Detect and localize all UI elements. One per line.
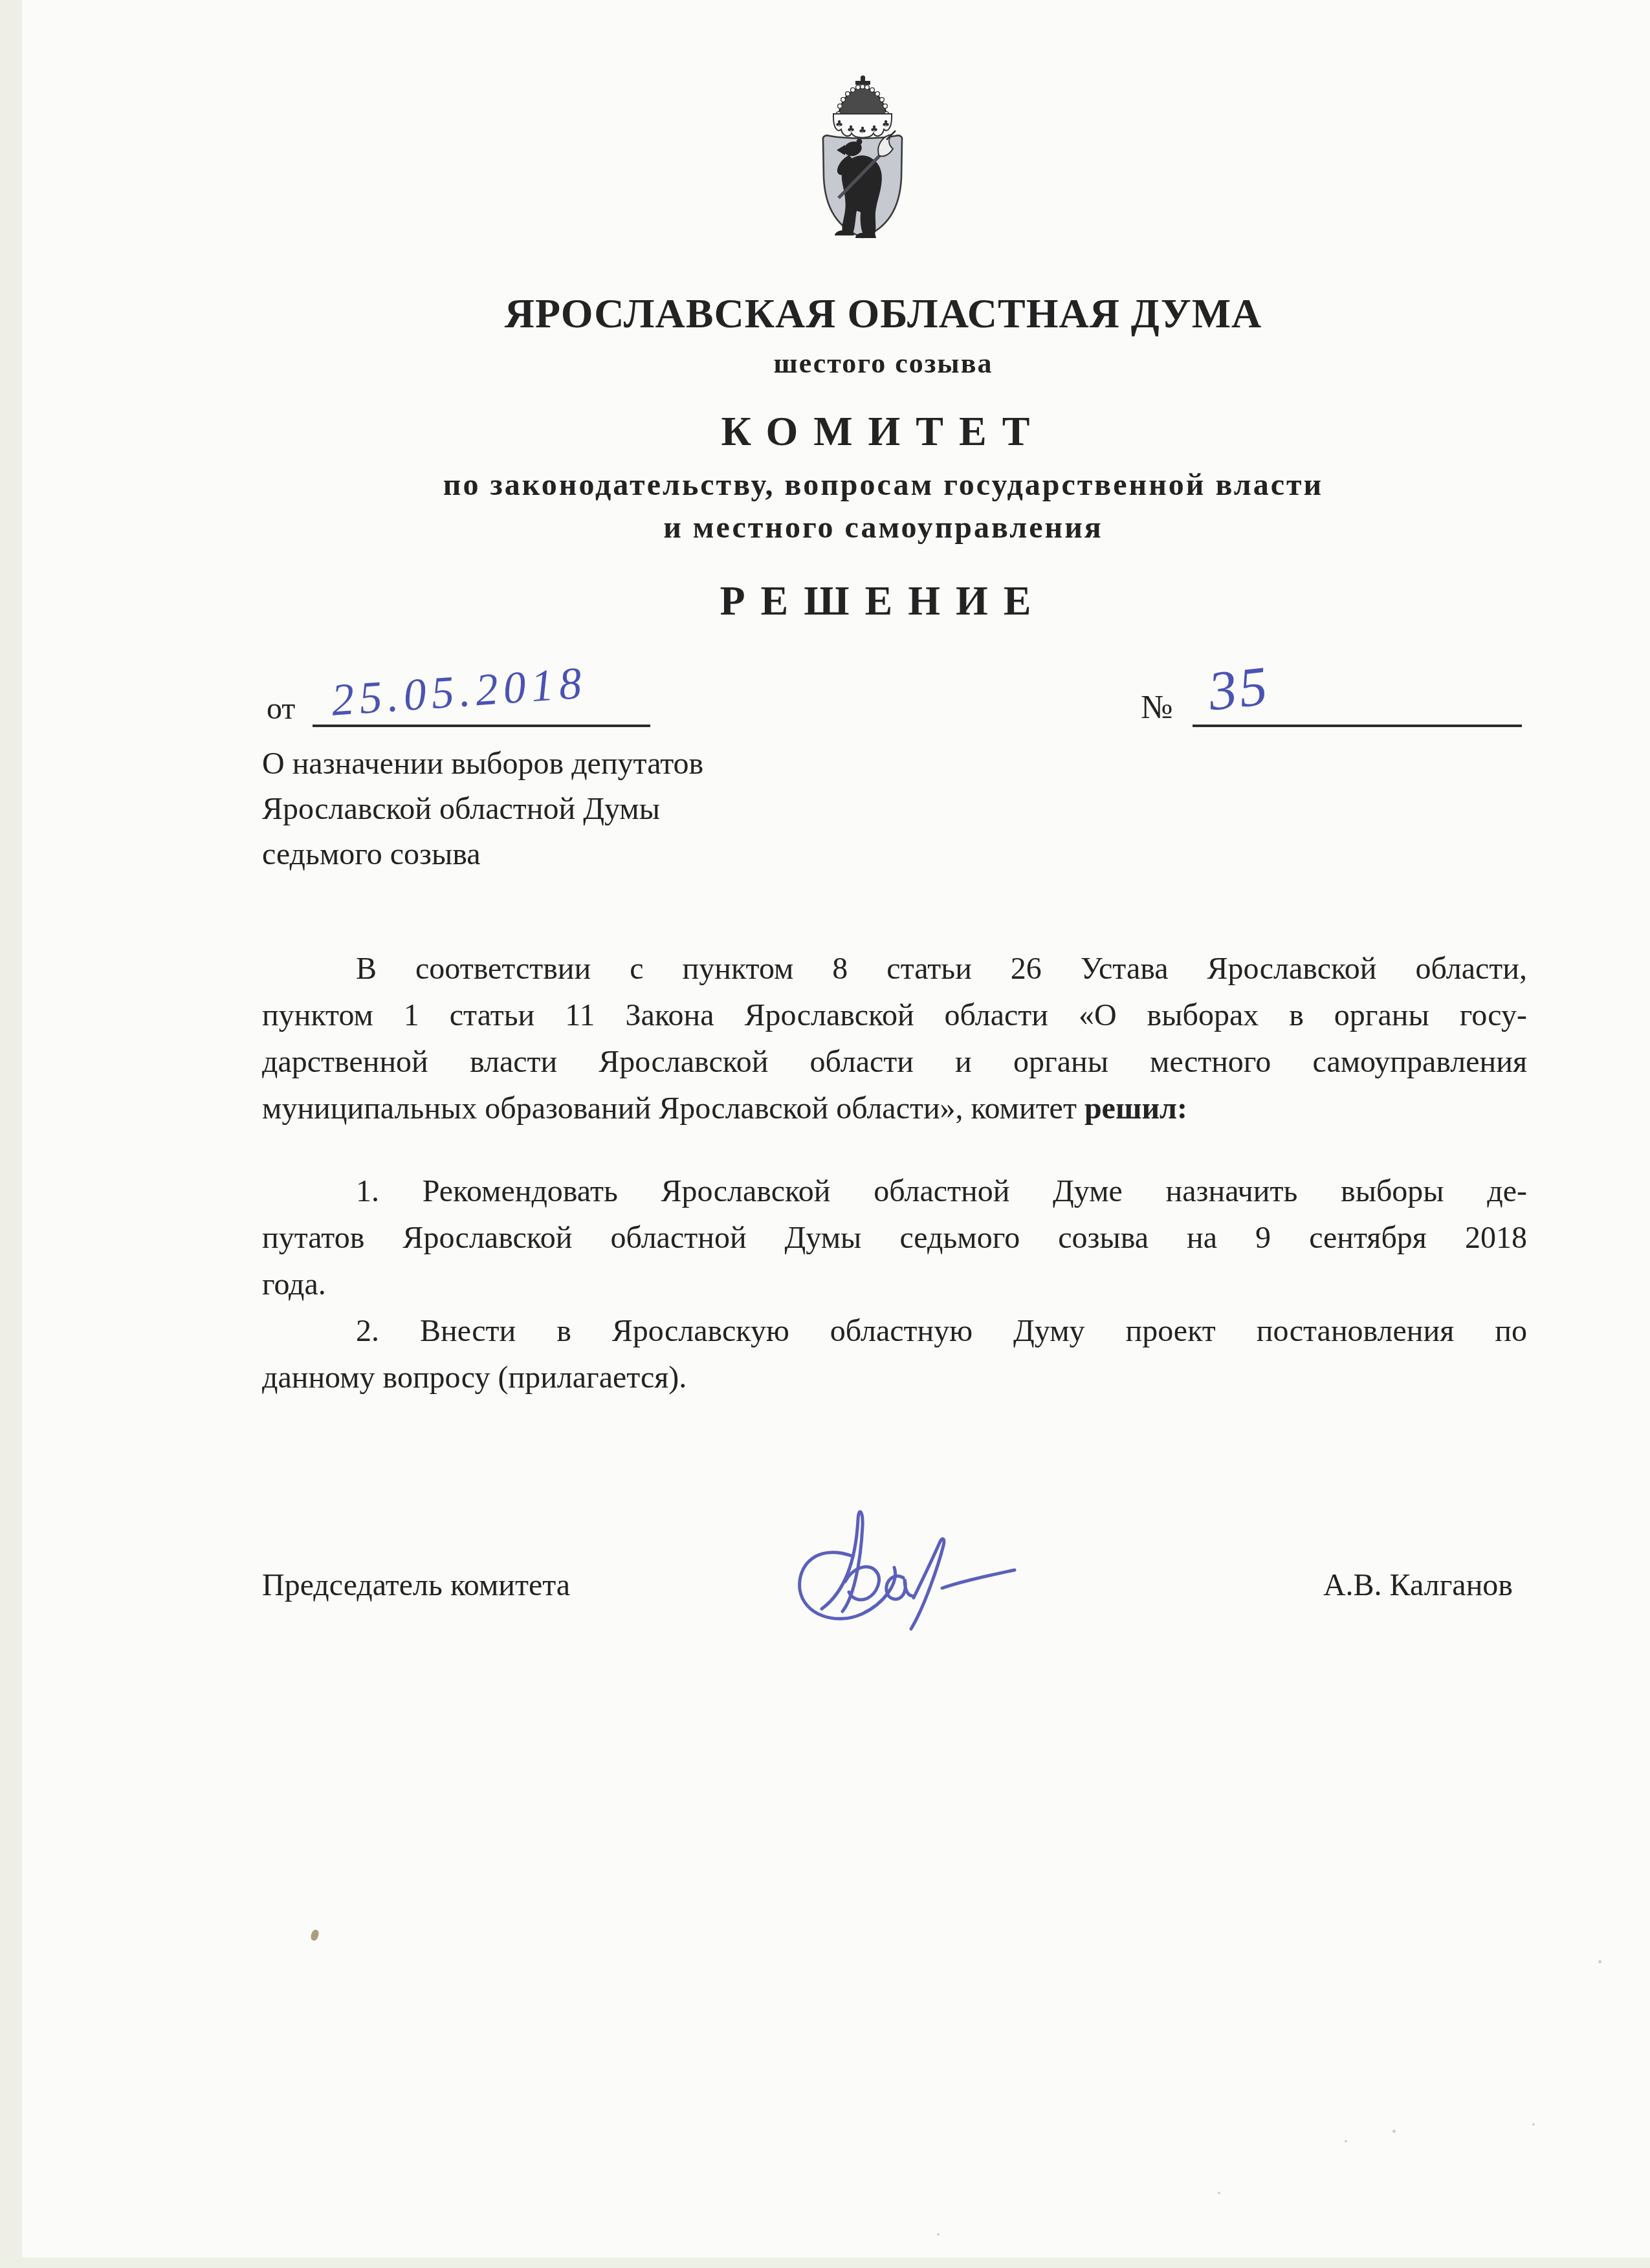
svg-text:♣: ♣ [870, 124, 879, 135]
body-line: 2. Внести в Ярославскую областную Думу п… [262, 1308, 1527, 1355]
crown-icon: ♣♣♣ ♣♣ [833, 75, 892, 137]
body-line: дарственной власти Ярославской области и… [262, 1039, 1527, 1085]
scan-speck [1218, 2192, 1220, 2194]
scan-speck [1345, 2140, 1347, 2143]
paragraph-intro: В соответствии с пунктом 8 статьи 26 Уст… [262, 946, 1527, 1132]
resolved-keyword: решил: [1084, 1091, 1187, 1126]
yaroslavl-coat-of-arms-icon: ♣♣♣ ♣♣ [819, 75, 907, 245]
convocation-subtitle: шестого созыва [262, 347, 1504, 380]
shield-icon [823, 131, 902, 238]
committee-description-line1: по законодательству, вопросам государств… [262, 467, 1504, 503]
paragraph-item-1: 1. Рекомендовать Ярославской областной Д… [262, 1168, 1527, 1308]
scan-speck [1598, 1960, 1601, 1963]
svg-text:♣: ♣ [847, 124, 855, 135]
scan-speck [1392, 2130, 1396, 2133]
scan-speck [310, 1929, 320, 1942]
date-label: от [267, 691, 295, 726]
body-line: 1. Рекомендовать Ярославской областной Д… [262, 1168, 1527, 1215]
body-line: муниципальных образований Ярославской об… [262, 1085, 1527, 1132]
svg-text:♣: ♣ [882, 119, 890, 129]
document-subject: О назначении выборов депутатов Ярославск… [262, 741, 703, 877]
document-type-heading: РЕШЕНИЕ [262, 577, 1504, 625]
subject-line: О назначении выборов депутатов [262, 741, 703, 787]
body-line: года. [262, 1261, 1527, 1308]
body-line-text: муниципальных образований Ярославской об… [262, 1091, 1084, 1126]
committee-heading: КОМИТЕТ [262, 408, 1504, 455]
paragraph-item-2: 2. Внести в Ярославскую областную Думу п… [262, 1308, 1527, 1401]
signer-position: Председатель комитета [262, 1562, 570, 1609]
body-line: пунктом 1 статьи 11 Закона Ярославской о… [262, 992, 1527, 1039]
svg-text:♣: ♣ [859, 125, 867, 136]
scan-speck [937, 2233, 940, 2236]
signer-name: А.В. Калганов [1323, 1562, 1513, 1609]
scan-left-edge [0, 0, 22, 2268]
handwritten-signature-icon [744, 1498, 1048, 1692]
scanned-document-page: ♣♣♣ ♣♣ ЯРОСЛАВСКАЯ ОБЛАСТНАЯ ДУМА шесто [0, 0, 1650, 2268]
subject-line: Ярославской областной Думы [262, 787, 703, 832]
subject-line: седьмого созыва [262, 832, 703, 877]
handwritten-number: 35 [1205, 653, 1273, 723]
committee-description-line2: и местного самоуправления [262, 510, 1504, 545]
scan-speck [1532, 2123, 1535, 2126]
svg-text:♣: ♣ [835, 119, 844, 129]
organization-title: ЯРОСЛАВСКАЯ ОБЛАСТНАЯ ДУМА [262, 290, 1504, 338]
body-line: В соответствии с пунктом 8 статьи 26 Уст… [262, 946, 1527, 992]
scan-bottom-edge [0, 2258, 1650, 2268]
body-line: данному вопросу (прилагается). [262, 1355, 1527, 1401]
document-body: В соответствии с пунктом 8 статьи 26 Уст… [262, 946, 1527, 1401]
body-line: путатов Ярославской областной Думы седьм… [262, 1215, 1527, 1261]
number-label: № [1141, 688, 1173, 726]
